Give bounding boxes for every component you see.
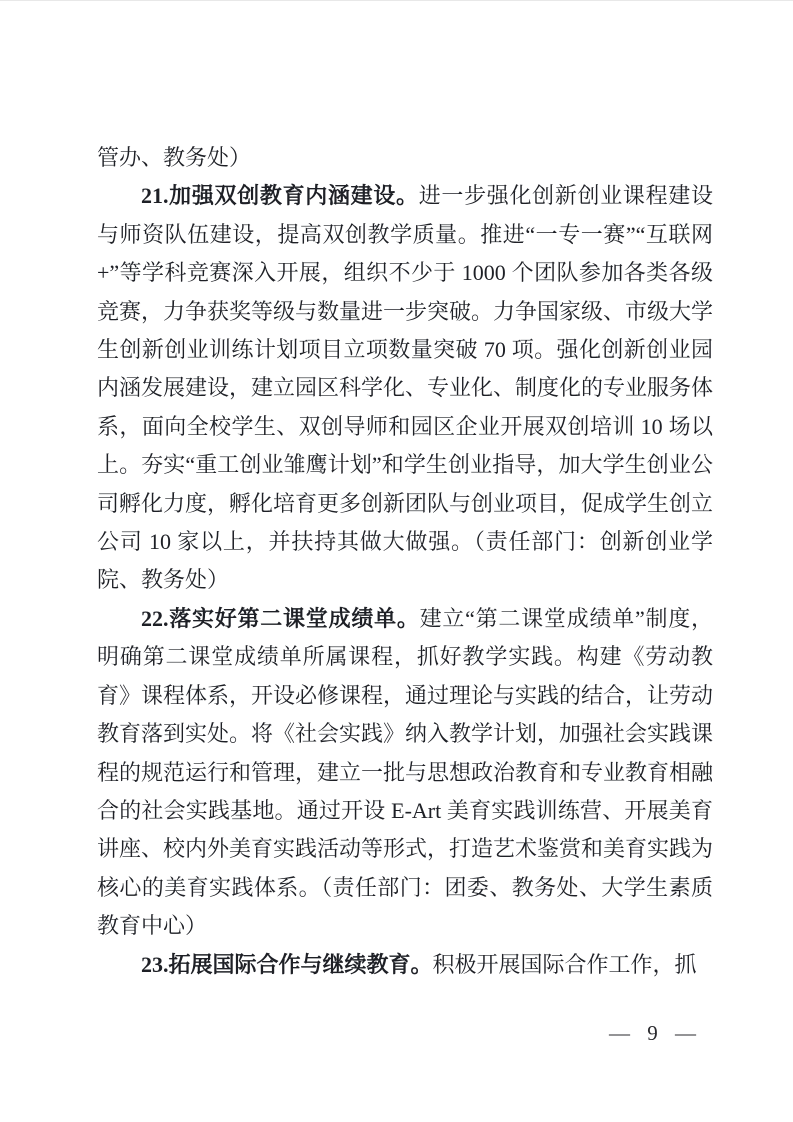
paragraph: 21.加强双创教育内涵建设。进一步强化创新创业课程建设与师资队伍建设，提高双创教… <box>97 177 713 599</box>
paragraph: 23.拓展国际合作与继续教育。积极开展国际合作工作，抓 <box>97 946 713 984</box>
document-page: 管办、教务处）21.加强双创教育内涵建设。进一步强化创新创业课程建设与师资队伍建… <box>0 0 793 1122</box>
text-segment: 管办、教务处） <box>97 145 251 170</box>
text-segment: 积极开展国际合作工作，抓 <box>433 952 697 977</box>
text-segment: 22.落实好第二课堂成绩单。 <box>141 606 420 631</box>
text-segment: 21.加强双创教育内涵建设。 <box>141 183 419 208</box>
text-segment: 建立“第二课堂成绩单”制度，明确第二课堂成绩单所属课程，抓好教学实践。构建《劳动… <box>97 606 713 900</box>
page-number: — 9 — <box>609 1019 697 1047</box>
paragraph: 管办、教务处） <box>97 139 713 177</box>
document-body: 管办、教务处）21.加强双创教育内涵建设。进一步强化创新创业课程建设与师资队伍建… <box>97 139 713 984</box>
text-segment: 23.拓展国际合作与继续教育。 <box>141 952 433 977</box>
paragraph: 22.落实好第二课堂成绩单。建立“第二课堂成绩单”制度，明确第二课堂成绩单所属课… <box>97 600 713 946</box>
text-segment: 进一步强化创新创业课程建设与师资队伍建设，提高双创教学质量。推进“一专一赛”“互… <box>97 183 713 554</box>
